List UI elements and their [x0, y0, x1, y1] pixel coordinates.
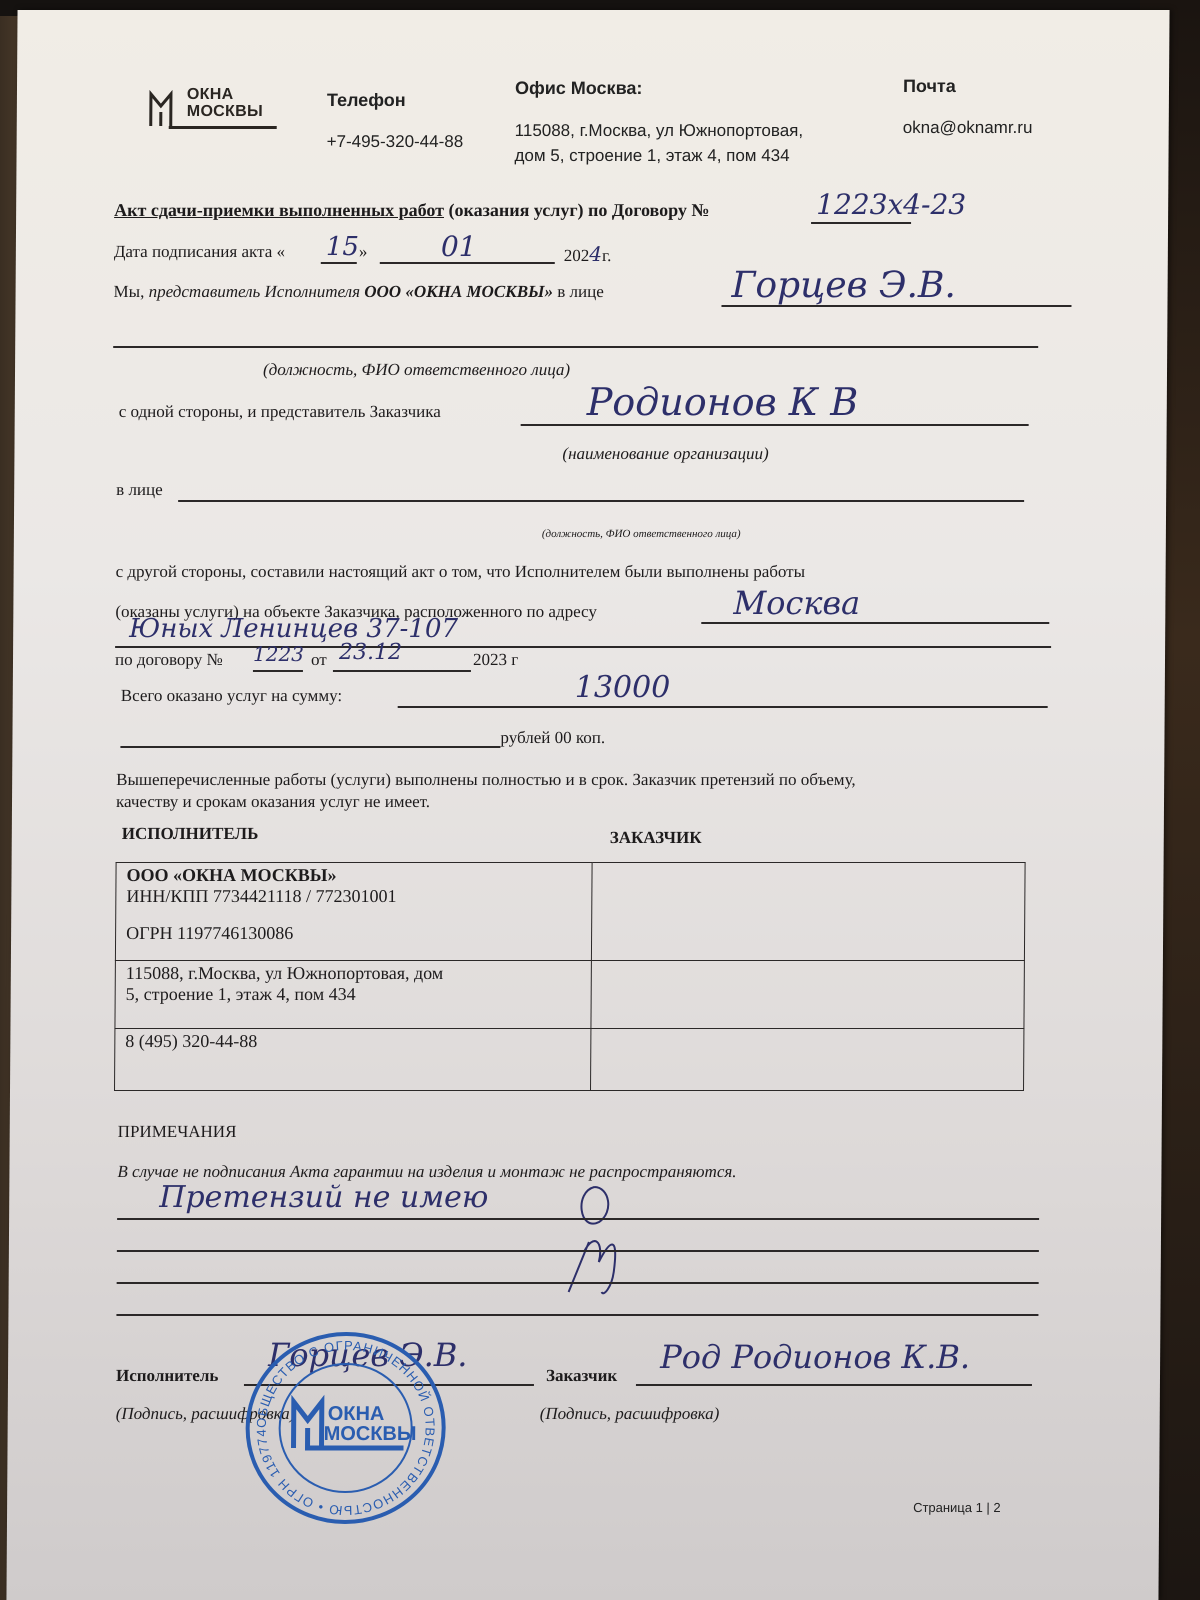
address-line-1	[701, 622, 1049, 624]
executor-phone: 8 (495) 320-44-88	[125, 1031, 580, 1052]
customer-label: с одной стороны, и представитель Заказчи…	[119, 402, 441, 422]
day-line	[321, 262, 357, 264]
page-number: Страница 1 | 2	[913, 1500, 1001, 1515]
executor-suffix: в лице	[557, 282, 604, 301]
customer-signature-line	[636, 1384, 1032, 1386]
sum-line	[398, 706, 1048, 708]
contract-number-line	[811, 222, 911, 224]
email-label: Почта	[903, 76, 956, 97]
logo-text: ОКНА МОСКВЫ	[187, 86, 263, 120]
sum-label: Всего оказано услуг на сумму:	[121, 686, 342, 706]
in-person-line	[178, 500, 1024, 502]
act-title-rest: (оказания услуг) по Договору №	[448, 200, 709, 220]
notes-line-1	[117, 1218, 1039, 1220]
phone-label: Телефон	[327, 90, 406, 111]
sum-words-line	[120, 746, 500, 748]
executor-prefix: Мы,	[114, 282, 145, 301]
year-handwritten: 4	[589, 242, 602, 266]
year-suffix: г.	[602, 246, 611, 265]
notes-handwritten: Претензий не имею	[159, 1180, 488, 1215]
executor-company: ООО «ОКНА МОСКВЫ»	[364, 282, 553, 301]
customer-phone-cell	[591, 1029, 1024, 1091]
requisites-row-phone: 8 (495) 320-44-88	[115, 1029, 1024, 1091]
office-address-line-1: 115088, г.Москва, ул Южнопортовая,	[515, 119, 804, 143]
logo-mark-icon	[149, 88, 183, 128]
contract-ref-prefix: по договору №	[115, 650, 223, 669]
contract-ref-date-line	[333, 670, 471, 672]
executor-caption: (должность, ФИО ответственного лица)	[263, 360, 570, 380]
conclusion-line-1: Вышеперечисленные работы (услуги) выполн…	[116, 770, 856, 790]
customer-signature-label: Заказчик	[546, 1366, 617, 1386]
executor-line: Мы, представитель Исполнителя ООО «ОКНА …	[114, 282, 604, 302]
office-label: Офис Москва:	[515, 78, 643, 99]
executor-address-line-2: 5, строение 1, этаж 4, пом 434	[126, 984, 581, 1005]
document-page: ОКНА МОСКВЫ Телефон +7-495-320-44-88 Офи…	[6, 10, 1169, 1600]
contract-ref-from: от	[311, 650, 327, 670]
requisites-table: ООО «ОКНА МОСКВЫ» ИНН/КПП 7734421118 / 7…	[114, 862, 1026, 1091]
customer-company-cell	[591, 863, 1025, 961]
svg-text:МОСКВЫ: МОСКВЫ	[324, 1423, 417, 1445]
contract-ref-number-line	[253, 670, 303, 672]
executor-heading: ИСПОЛНИТЕЛЬ	[122, 824, 259, 844]
contract-ref-year: 2023 г	[473, 650, 518, 670]
customer-signature-handwritten: Род Родионов К.В.	[660, 1338, 970, 1376]
executor-name-handwritten: Горцев Э.В.	[731, 265, 956, 306]
rubles-label: рублей 00 коп.	[500, 728, 605, 748]
customer-address-cell	[591, 961, 1024, 1029]
day-handwritten: 15	[326, 232, 359, 262]
notes-line-4	[116, 1314, 1038, 1316]
notes-heading: ПРИМЕЧАНИЯ	[118, 1122, 237, 1142]
date-label: Дата подписания акта «	[114, 242, 285, 262]
executor-address-cell: 115088, г.Москва, ул Южнопортовая, дом 5…	[115, 961, 591, 1029]
contract-ref-number-handwritten: 1223	[253, 642, 304, 666]
logo-line-1: ОКНА	[187, 86, 263, 103]
executor-company-name: ООО «ОКНА МОСКВЫ»	[126, 865, 581, 886]
body-line-1: с другой стороны, составили настоящий ак…	[116, 562, 806, 582]
in-person-label: в лице	[116, 480, 163, 500]
act-title: Акт сдачи-приемки выполненных работ (ока…	[114, 200, 710, 221]
address-handwritten-2: Юных Ленинцев 37-107	[129, 614, 458, 644]
executor-phone-cell: 8 (495) 320-44-88	[115, 1029, 591, 1091]
customer-name-line	[521, 424, 1029, 426]
contract-ref: по договору №	[115, 650, 223, 670]
requisites-row-address: 115088, г.Москва, ул Южнопортовая, дом 5…	[115, 961, 1024, 1029]
contract-number-handwritten: 1223х4-23	[816, 188, 966, 221]
notes-signature-icon	[554, 1182, 665, 1302]
logo-underline	[169, 126, 277, 129]
in-person-caption: (должность, ФИО ответственного лица)	[542, 528, 741, 540]
executor-company-cell: ООО «ОКНА МОСКВЫ» ИНН/КПП 7734421118 / 7…	[115, 863, 592, 961]
act-title-underlined: Акт сдачи-приемки выполненных работ	[114, 200, 444, 220]
executor-ogrn: ОГРН 1197746130086	[126, 923, 581, 944]
conclusion-line-2: качеству и срокам оказания услуг не имее…	[116, 792, 430, 812]
customer-signature-caption: (Подпись, расшифровка)	[540, 1404, 720, 1424]
notes-line-3	[117, 1282, 1039, 1284]
year-prefix-text: 202	[564, 246, 590, 265]
company-logo: ОКНА МОСКВЫ	[149, 86, 279, 132]
notes-warning: В случае не подписания Акта гарантии на …	[117, 1162, 736, 1182]
executor-signature-label: Исполнитель	[116, 1366, 219, 1386]
company-stamp-icon: ОБЩЕСТВО С ОГРАНИЧЕННОЙ ОТВЕТСТВЕННОСТЬЮ…	[243, 1330, 448, 1526]
svg-text:ОКНА: ОКНА	[328, 1403, 385, 1425]
customer-name-handwritten: Родионов К В	[587, 380, 859, 424]
logo-line-2: МОСКВЫ	[187, 103, 263, 120]
year-prefix: 2024г.	[564, 242, 612, 266]
executor-extra-line	[113, 346, 1038, 348]
executor-role: представитель Исполнителя	[149, 282, 361, 301]
customer-caption: (наименование организации)	[562, 444, 768, 464]
sum-handwritten: 13000	[575, 670, 671, 705]
email-value: okna@oknamr.ru	[903, 116, 1033, 140]
office-address-line-2: дом 5, строение 1, этаж 4, пом 434	[514, 144, 789, 168]
date-close-quote: »	[359, 242, 368, 262]
executor-address-line-1: 115088, г.Москва, ул Южнопортовая, дом	[126, 963, 581, 984]
month-handwritten: 01	[441, 230, 477, 263]
contract-ref-date-handwritten: 23.12	[339, 640, 402, 665]
customer-heading: ЗАКАЗЧИК	[610, 828, 702, 848]
address-handwritten-1: Москва	[733, 584, 860, 622]
executor-inn-kpp: ИНН/КПП 7734421118 / 772301001	[126, 886, 581, 907]
requisites-row-company: ООО «ОКНА МОСКВЫ» ИНН/КПП 7734421118 / 7…	[115, 863, 1025, 961]
phone-value: +7-495-320-44-88	[327, 130, 464, 154]
notes-line-2	[117, 1250, 1039, 1252]
